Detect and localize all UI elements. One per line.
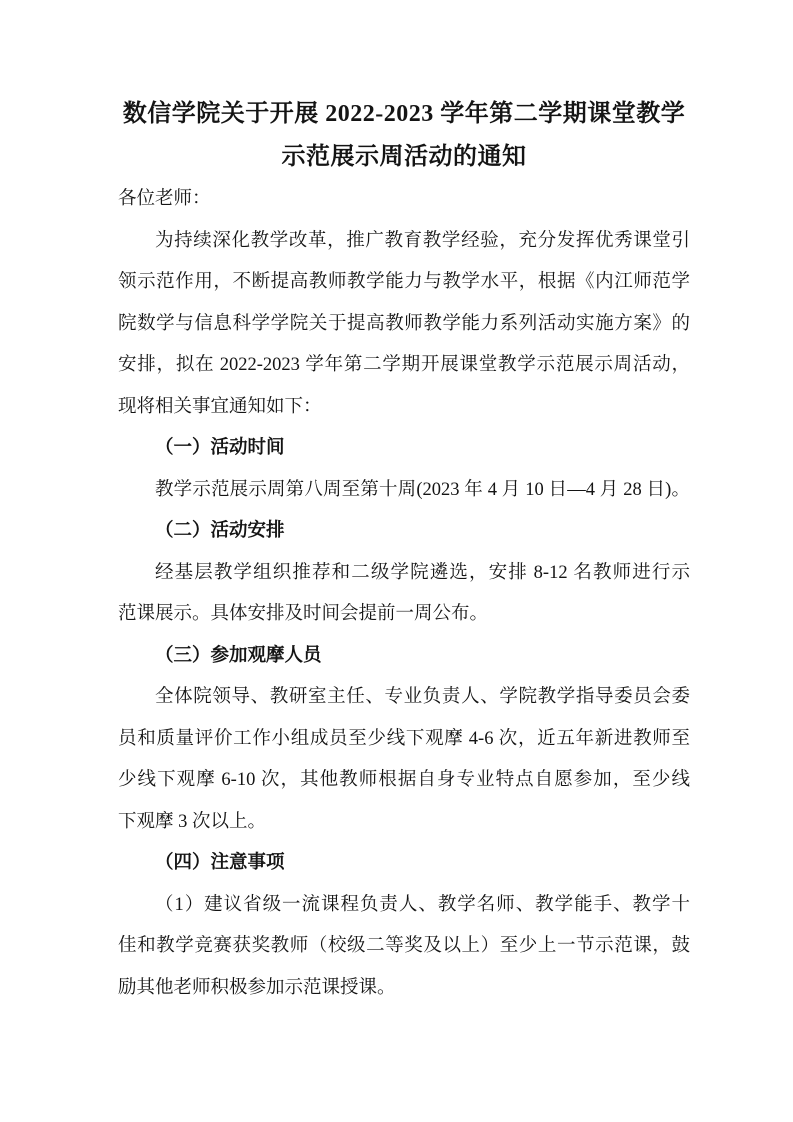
text-line: 现将相关事宜通知如下： bbox=[118, 387, 690, 429]
text-line: 励其他老师积极参加示范课授课。 bbox=[118, 968, 690, 1010]
document-title: 数信学院关于开展 2022-2023 学年第二学期课堂教学 示范展示周活动的通知 bbox=[118, 93, 690, 179]
text-line: 员和质量评价工作小组成员至少线下观摩 4-6 次，近五年新进教师至 bbox=[118, 719, 690, 761]
text-line: 领示范作用，不断提高教师教学能力与教学水平，根据《内江师范学 bbox=[118, 262, 690, 304]
text-line: 范课展示。具体安排及时间会提前一周公布。 bbox=[118, 594, 690, 636]
document-body: 各位老师：为持续深化教学改革，推广教育教学经验，充分发挥优秀课堂引领示范作用，不… bbox=[118, 179, 690, 1009]
text-line: 全体院领导、教研室主任、专业负责人、学院教学指导委员会委 bbox=[118, 677, 690, 719]
text-line: 为持续深化教学改革，推广教育教学经验，充分发挥优秀课堂引 bbox=[118, 221, 690, 263]
text-line: 安排，拟在 2022-2023 学年第二学期开展课堂教学示范展示周活动， bbox=[118, 345, 690, 387]
text-line: 经基层教学组织推荐和二级学院遴选，安排 8-12 名教师进行示 bbox=[118, 553, 690, 595]
text-line: 各位老师： bbox=[118, 179, 690, 221]
text-line: 教学示范展示周第八周至第十周(2023 年 4 月 10 日—4 月 28 日)… bbox=[118, 470, 690, 512]
text-line: （1）建议省级一流课程负责人、教学名师、教学能手、教学十 bbox=[118, 885, 690, 927]
text-line: 少线下观摩 6-10 次，其他教师根据自身专业特点自愿参加，至少线 bbox=[118, 760, 690, 802]
text-line: 院数学与信息科学学院关于提高教师教学能力系列活动实施方案》的 bbox=[118, 304, 690, 346]
section-heading: （三）参加观摩人员 bbox=[118, 636, 690, 678]
section-heading: （四）注意事项 bbox=[118, 843, 690, 885]
document-title-line-2: 示范展示周活动的通知 bbox=[118, 136, 690, 179]
text-line: 下观摩 3 次以上。 bbox=[118, 802, 690, 844]
section-heading: （二）活动安排 bbox=[118, 511, 690, 553]
text-line: 佳和教学竞赛获奖教师（校级二等奖及以上）至少上一节示范课，鼓 bbox=[118, 926, 690, 968]
section-heading: （一）活动时间 bbox=[118, 428, 690, 470]
document-title-line-1: 数信学院关于开展 2022-2023 学年第二学期课堂教学 bbox=[118, 93, 690, 136]
document-page: 数信学院关于开展 2022-2023 学年第二学期课堂教学 示范展示周活动的通知… bbox=[0, 0, 793, 1122]
document-content: 数信学院关于开展 2022-2023 学年第二学期课堂教学 示范展示周活动的通知… bbox=[0, 0, 793, 1009]
